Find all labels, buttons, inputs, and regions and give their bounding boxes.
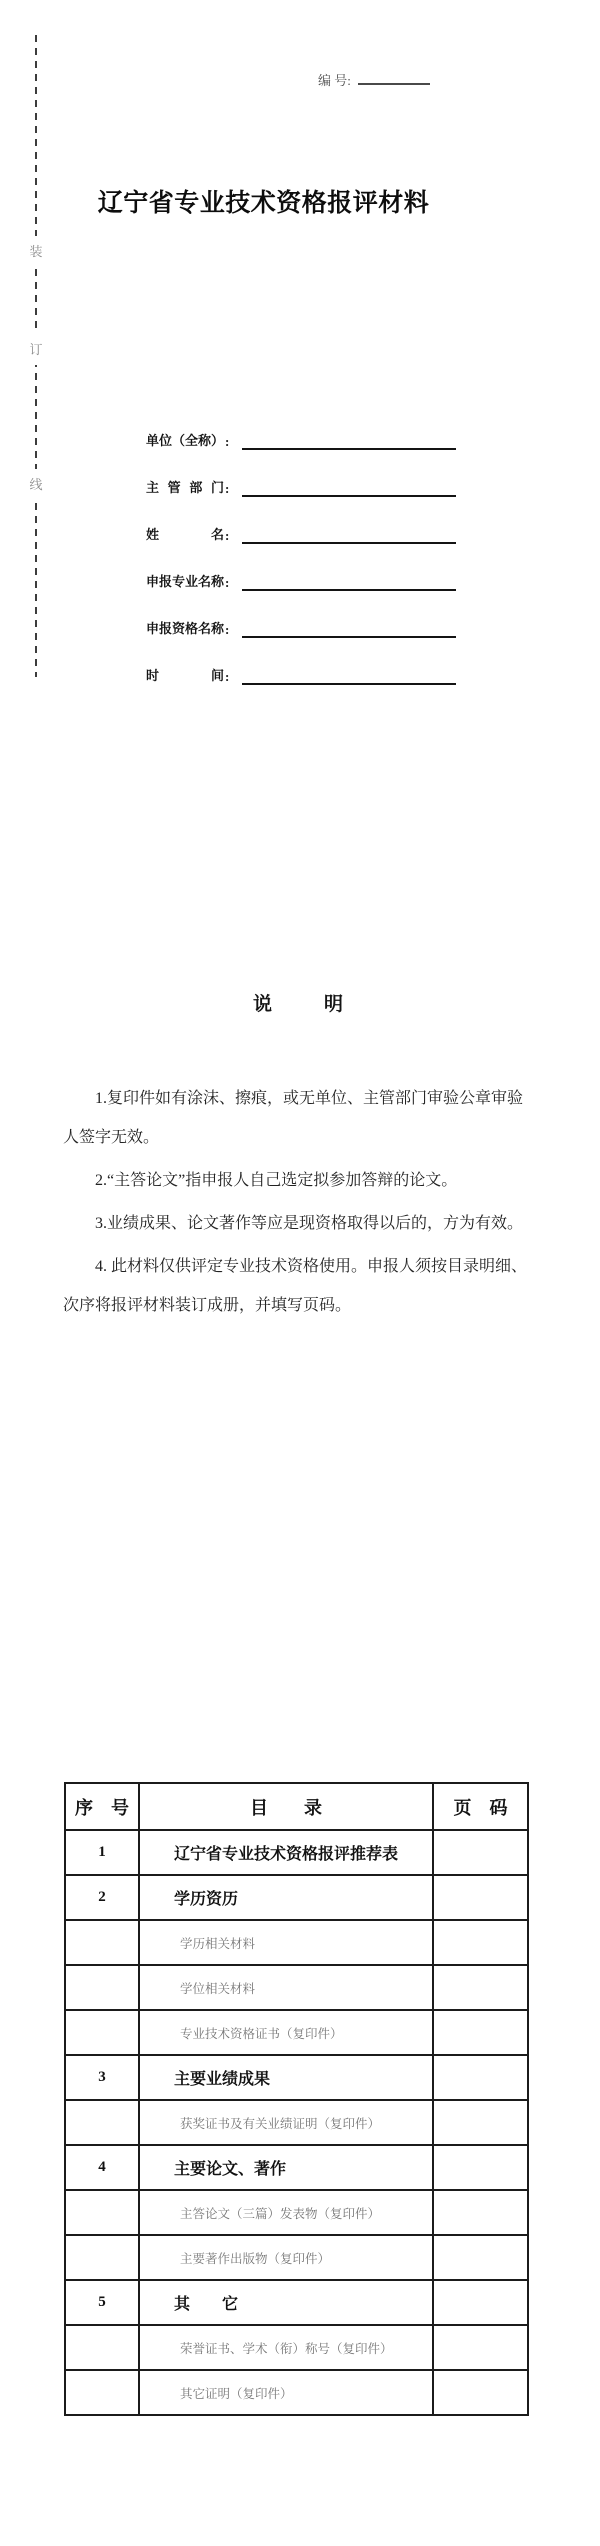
serial-number-row: 编 号: (318, 70, 430, 89)
toc-row-4: 学位相关材料 (65, 1965, 528, 2010)
toc-cell-no (65, 1965, 139, 2010)
field-label-profession: 申报专业名称 (146, 575, 224, 589)
toc-cell-entry: 学位相关材料 (139, 1965, 433, 2010)
toc-cell-entry: 主要著作出版物（复印件） (139, 2235, 433, 2280)
toc-cell-no (65, 2235, 139, 2280)
toc-cell-no (65, 2190, 139, 2235)
instruction-note-4: 4. 此材料仅供评定专业技术资格使用。申报人须按目录明细、 次序将报评材料装订成… (63, 1247, 542, 1325)
toc-row-7: 获奖证书及有关业绩证明（复印件） (65, 2100, 528, 2145)
field-label-qualification: 申报资格名称 (146, 622, 224, 636)
toc-cell-page (433, 2100, 528, 2145)
field-label-date: 时间 (146, 669, 224, 683)
field-row-date: 时间: (146, 653, 456, 700)
cover-form-fields: 单位（全称）: 主管部门: 姓名: 申报专业名称: 申报资格名称: 时间: (146, 418, 456, 700)
serial-number-label: 编 号: (318, 73, 351, 88)
toc-cell-entry: 其它证明（复印件） (139, 2370, 433, 2415)
field-blank-line-name (242, 528, 456, 544)
toc-cell-no (65, 2370, 139, 2415)
toc-cell-no: 3 (65, 2055, 139, 2100)
field-row-unit: 单位（全称）: (146, 418, 456, 465)
toc-cell-entry: 主要论文、著作 (139, 2145, 433, 2190)
field-colon: : (225, 434, 229, 450)
binding-char-zhuang: 装 (27, 236, 45, 267)
field-row-name: 姓名: (146, 512, 456, 559)
toc-cell-entry: 主要业绩成果 (139, 2055, 433, 2100)
toc-row-12: 荣誉证书、学术（衔）称号（复印件） (65, 2325, 528, 2370)
toc-table: 序 号 目 录 页 码 1辽宁省专业技术资格报评推荐表2学历资历学历相关材料学位… (64, 1782, 529, 2416)
field-row-department: 主管部门: (146, 465, 456, 512)
toc-cell-page (433, 2145, 528, 2190)
toc-cell-entry: 主答论文（三篇）发表物（复印件） (139, 2190, 433, 2235)
toc-row-10: 主要著作出版物（复印件） (65, 2235, 528, 2280)
field-label-department: 主管部门 (146, 481, 224, 495)
toc-cell-page (433, 2010, 528, 2055)
field-blank-line-profession (242, 575, 456, 591)
binding-char-ding: 订 (27, 334, 45, 365)
toc-cell-no (65, 1920, 139, 1965)
toc-header-no: 序 号 (65, 1783, 139, 1830)
field-blank-line-date (242, 669, 456, 685)
toc-cell-entry: 荣誉证书、学术（衔）称号（复印件） (139, 2325, 433, 2370)
toc-cell-page (433, 1875, 528, 1920)
toc-cell-no (65, 2010, 139, 2055)
toc-row-2: 2学历资历 (65, 1875, 528, 1920)
toc-cell-no: 2 (65, 1875, 139, 1920)
instructions-heading-char-1: 说 (253, 989, 272, 1016)
toc-row-3: 学历相关材料 (65, 1920, 528, 1965)
toc-cell-no (65, 2100, 139, 2145)
instruction-note-3: 3.业绩成果、论文著作等应是现资格取得以后的，方为有效。 (63, 1204, 542, 1243)
toc-cell-no: 1 (65, 1830, 139, 1875)
toc-cell-no: 5 (65, 2280, 139, 2325)
field-row-qualification: 申报资格名称: (146, 606, 456, 653)
toc-cell-entry: 学历资历 (139, 1875, 433, 1920)
toc-cell-page (433, 2235, 528, 2280)
field-row-profession: 申报专业名称: (146, 559, 456, 606)
toc-row-5: 专业技术资格证书（复印件） (65, 2010, 528, 2055)
toc-cell-page (433, 2190, 528, 2235)
field-colon: : (225, 622, 229, 638)
toc-cell-no: 4 (65, 2145, 139, 2190)
instruction-note-2: 2.“主答论文”指申报人自己选定拟参加答辩的论文。 (63, 1161, 542, 1200)
toc-row-8: 4主要论文、著作 (65, 2145, 528, 2190)
toc-row-11: 5其 它 (65, 2280, 528, 2325)
toc-cell-entry: 学历相关材料 (139, 1920, 433, 1965)
toc-cell-page (433, 2370, 528, 2415)
toc-header-page: 页 码 (433, 1783, 528, 1830)
binding-char-xian: 线 (27, 469, 45, 500)
field-colon: : (225, 481, 229, 497)
instructions-notes: 1.复印件如有涂沫、擦痕，或无单位、主管部门审验公章审验 人签字无效。2.“主答… (63, 1079, 542, 1329)
toc-cell-page (433, 2055, 528, 2100)
document-title: 辽宁省专业技术资格报评材料 (0, 183, 527, 219)
toc-cell-entry: 其 它 (139, 2280, 433, 2325)
toc-header-entry: 目 录 (139, 1783, 433, 1830)
toc-row-9: 主答论文（三篇）发表物（复印件） (65, 2190, 528, 2235)
field-label-name: 姓名 (146, 528, 224, 542)
toc-header-row: 序 号 目 录 页 码 (65, 1783, 528, 1830)
toc-cell-page (433, 1965, 528, 2010)
toc-cell-entry: 专业技术资格证书（复印件） (139, 2010, 433, 2055)
toc-row-13: 其它证明（复印件） (65, 2370, 528, 2415)
field-blank-line-department (242, 481, 456, 497)
field-colon: : (225, 528, 229, 544)
toc-cell-no (65, 2325, 139, 2370)
toc-cell-page (433, 1920, 528, 1965)
field-label-unit: 单位（全称） (146, 434, 224, 448)
field-blank-line-qualification (242, 622, 456, 638)
field-colon: : (225, 575, 229, 591)
instructions-heading: 说 明 (0, 989, 596, 1016)
toc-row-6: 3主要业绩成果 (65, 2055, 528, 2100)
toc-cell-page (433, 2325, 528, 2370)
instruction-note-1: 1.复印件如有涂沫、擦痕，或无单位、主管部门审验公章审验 人签字无效。 (63, 1079, 542, 1157)
toc-row-1: 1辽宁省专业技术资格报评推荐表 (65, 1830, 528, 1875)
serial-number-blank-line (358, 71, 430, 85)
field-colon: : (225, 669, 229, 685)
toc-cell-entry: 辽宁省专业技术资格报评推荐表 (139, 1830, 433, 1875)
field-blank-line-unit (242, 434, 456, 450)
toc-cell-page (433, 2280, 528, 2325)
instructions-heading-char-2: 明 (324, 989, 343, 1016)
scanned-document-page: { "binding_strip": { "chars": ["装", "订",… (0, 0, 600, 2546)
toc-cell-page (433, 1830, 528, 1875)
toc-cell-entry: 获奖证书及有关业绩证明（复印件） (139, 2100, 433, 2145)
